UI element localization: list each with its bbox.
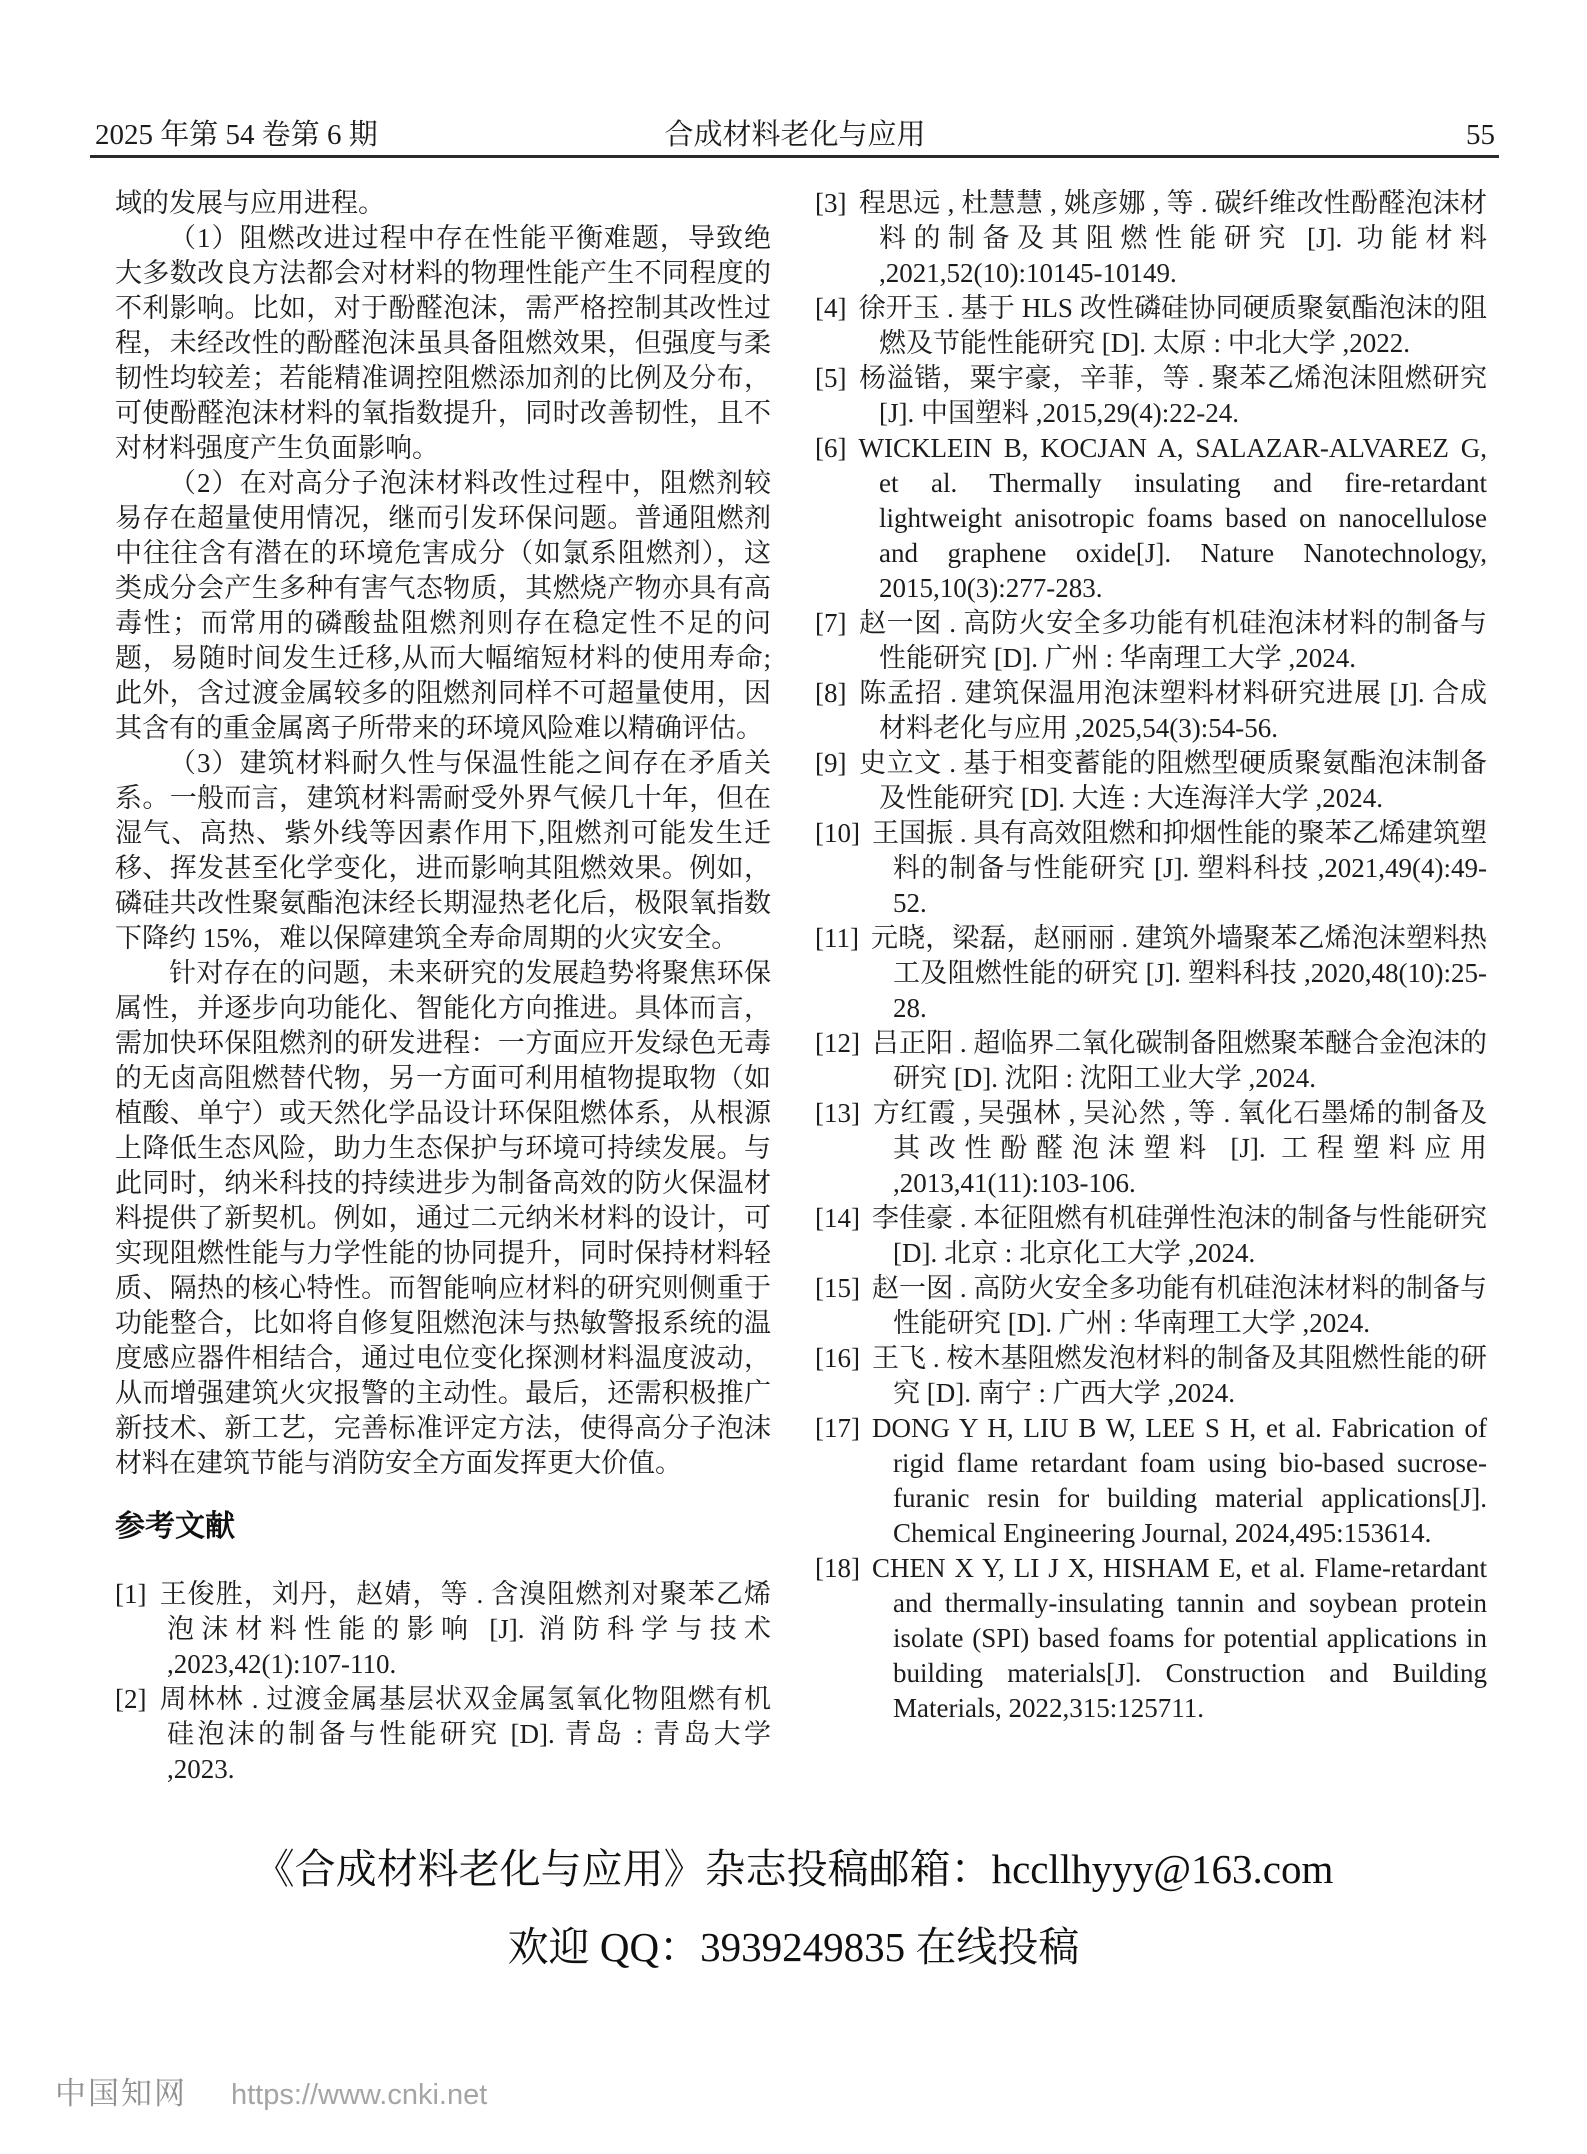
reference-text: WICKLEIN B, KOCJAN A, SALAZAR-ALVAREZ G,…: [858, 433, 1487, 603]
reference-item: [8]陈孟招 . 建筑保温用泡沫塑料材料研究进展 [J]. 合成材料老化与应用 …: [815, 676, 1487, 746]
reference-text: 杨溢锴，粟宇豪，辛菲，等 . 聚苯乙烯泡沫阻燃研究 [J]. 中国塑料 ,201…: [858, 363, 1487, 428]
reference-text: 王国振 . 具有高效阻燃和抑烟性能的聚苯乙烯建筑塑料的制备与性能研究 [J]. …: [872, 818, 1487, 918]
reference-label: [2]: [115, 1684, 146, 1714]
reference-label: [12]: [815, 1028, 860, 1058]
reference-text: 王俊胜，刘丹，赵婧，等 . 含溴阻燃剂对聚苯乙烯泡沫材料性能的影响 [J]. 消…: [158, 1579, 771, 1679]
body-paragraph: （2）在对高分子泡沫材料改性过程中，阻燃剂较易存在超量使用情况，继而引发环保问题…: [115, 466, 771, 746]
reference-item: [16]王飞 . 桉木基阻燃发泡材料的制备及其阻燃性能的研究 [D]. 南宁 :…: [815, 1341, 1487, 1411]
reference-text: 徐开玉 . 基于 HLS 改性磷硅协同硬质聚氨酯泡沫的阻燃及节能性能研究 [D]…: [858, 293, 1487, 358]
reference-text: 王飞 . 桉木基阻燃发泡材料的制备及其阻燃性能的研究 [D]. 南宁 : 广西大…: [872, 1343, 1487, 1408]
reference-item: [5]杨溢锴，粟宇豪，辛菲，等 . 聚苯乙烯泡沫阻燃研究 [J]. 中国塑料 ,…: [815, 361, 1487, 431]
reference-item: [3]程思远 , 杜慧慧 , 姚彦娜 , 等 . 碳纤维改性酚醛泡沫材料的制备及…: [815, 186, 1487, 291]
reference-label: [7]: [815, 608, 846, 638]
page-header: 2025 年第 54 卷第 6 期 合成材料老化与应用 55: [95, 118, 1495, 152]
reference-text: 吕正阳 . 超临界二氧化碳制备阻燃聚苯醚合金泡沫的研究 [D]. 沈阳 : 沈阳…: [872, 1028, 1487, 1093]
cnki-brand: 中国知网: [55, 2068, 187, 2113]
reference-text: 元晓，梁磊，赵丽丽 . 建筑外墙聚苯乙烯泡沫塑料热工及阻燃性能的研究 [J]. …: [871, 923, 1487, 1023]
reference-item: [12]吕正阳 . 超临界二氧化碳制备阻燃聚苯醚合金泡沫的研究 [D]. 沈阳 …: [815, 1026, 1487, 1096]
header-page-number: 55: [926, 118, 1496, 152]
reference-item: [2]周林林 . 过渡金属基层状双金属氢氧化物阻燃有机硅泡沫的制备与性能研究 […: [115, 1682, 771, 1787]
reference-item: [4]徐开玉 . 基于 HLS 改性磷硅协同硬质聚氨酯泡沫的阻燃及节能性能研究 …: [815, 291, 1487, 361]
cnki-footer: 中国知网 https://www.cnki.net: [55, 2068, 487, 2113]
reference-text: 方红霞 , 吴强林 , 吴沁然 , 等 . 氧化石墨烯的制备及其改性酚醛泡沫塑料…: [872, 1098, 1487, 1198]
reference-label: [17]: [815, 1413, 860, 1443]
reference-item: [9]史立文 . 基于相变蓄能的阻燃型硬质聚氨酯泡沫制备及性能研究 [D]. 大…: [815, 746, 1487, 816]
reference-item: [1]王俊胜，刘丹，赵婧，等 . 含溴阻燃剂对聚苯乙烯泡沫材料性能的影响 [J]…: [115, 1577, 771, 1682]
reference-text: 周林林 . 过渡金属基层状双金属氢氧化物阻燃有机硅泡沫的制备与性能研究 [D].…: [158, 1684, 771, 1784]
submission-email-line: 《合成材料老化与应用》杂志投稿邮箱：hccllhyyy@163.com: [0, 1846, 1587, 1892]
reference-item: [18]CHEN X Y, LI J X, HISHAM E, et al. F…: [815, 1551, 1487, 1726]
reference-label: [13]: [815, 1098, 860, 1128]
reference-label: [5]: [815, 363, 846, 393]
reference-item: [10]王国振 . 具有高效阻燃和抑烟性能的聚苯乙烯建筑塑料的制备与性能研究 […: [815, 816, 1487, 921]
reference-label: [8]: [815, 678, 846, 708]
submission-banner: 《合成材料老化与应用》杂志投稿邮箱：hccllhyyy@163.com 欢迎 Q…: [0, 1846, 1587, 1970]
reference-label: [15]: [815, 1273, 860, 1303]
reference-label: [1]: [115, 1579, 146, 1609]
header-journal-title: 合成材料老化与应用: [664, 118, 925, 152]
reference-item: [14]李佳豪 . 本征阻燃有机硅弹性泡沫的制备与性能研究 [D]. 北京 : …: [815, 1201, 1487, 1271]
reference-text: CHEN X Y, LI J X, HISHAM E, et al. Flame…: [872, 1553, 1487, 1723]
reference-label: [6]: [815, 433, 846, 463]
right-column: [3]程思远 , 杜慧慧 , 姚彦娜 , 等 . 碳纤维改性酚醛泡沫材料的制备及…: [815, 186, 1487, 1787]
reference-label: [11]: [815, 923, 859, 953]
reference-text: 赵一囡 . 高防火安全多功能有机硅泡沫材料的制备与性能研究 [D]. 广州 : …: [872, 1273, 1487, 1338]
cnki-url: https://www.cnki.net: [231, 2079, 487, 2112]
reference-label: [10]: [815, 818, 860, 848]
header-issue: 2025 年第 54 卷第 6 期: [95, 118, 664, 152]
reference-label: [14]: [815, 1203, 860, 1233]
reference-label: [3]: [815, 188, 846, 218]
reference-item: [11]元晓，梁磊，赵丽丽 . 建筑外墙聚苯乙烯泡沫塑料热工及阻燃性能的研究 […: [815, 921, 1487, 1026]
reference-label: [16]: [815, 1343, 860, 1373]
reference-text: 程思远 , 杜慧慧 , 姚彦娜 , 等 . 碳纤维改性酚醛泡沫材料的制备及其阻燃…: [858, 188, 1487, 288]
reference-text: 陈孟招 . 建筑保温用泡沫塑料材料研究进展 [J]. 合成材料老化与应用 ,20…: [858, 678, 1487, 743]
reference-item: [7]赵一囡 . 高防火安全多功能有机硅泡沫材料的制备与性能研究 [D]. 广州…: [815, 606, 1487, 676]
reference-label: [4]: [815, 293, 846, 323]
body-paragraph: （3）建筑材料耐久性与保温性能之间存在矛盾关系。一般而言，建筑材料需耐受外界气候…: [115, 746, 771, 956]
two-column-body: 域的发展与应用进程。 （1）阻燃改进过程中存在性能平衡难题，导致绝大多数改良方法…: [115, 186, 1487, 1787]
reference-text: 赵一囡 . 高防火安全多功能有机硅泡沫材料的制备与性能研究 [D]. 广州 : …: [858, 608, 1487, 673]
journal-page: 2025 年第 54 卷第 6 期 合成材料老化与应用 55 域的发展与应用进程…: [0, 0, 1587, 2154]
reference-text: 李佳豪 . 本征阻燃有机硅弹性泡沫的制备与性能研究 [D]. 北京 : 北京化工…: [872, 1203, 1487, 1268]
reference-item: [6]WICKLEIN B, KOCJAN A, SALAZAR-ALVAREZ…: [815, 431, 1487, 606]
references-heading: 参考文献: [115, 1505, 771, 1549]
body-paragraph: 域的发展与应用进程。: [115, 186, 771, 221]
header-divider: [90, 155, 1499, 158]
reference-item: [15]赵一囡 . 高防火安全多功能有机硅泡沫材料的制备与性能研究 [D]. 广…: [815, 1271, 1487, 1341]
reference-label: [9]: [815, 748, 846, 778]
body-paragraph: 针对存在的问题，未来研究的发展趋势将聚焦环保属性，并逐步向功能化、智能化方向推进…: [115, 956, 771, 1481]
body-paragraph: （1）阻燃改进过程中存在性能平衡难题，导致绝大多数改良方法都会对材料的物理性能产…: [115, 221, 771, 466]
left-column: 域的发展与应用进程。 （1）阻燃改进过程中存在性能平衡难题，导致绝大多数改良方法…: [115, 186, 771, 1787]
submission-qq-line: 欢迎 QQ：3939249835 在线投稿: [0, 1924, 1587, 1970]
reference-item: [13]方红霞 , 吴强林 , 吴沁然 , 等 . 氧化石墨烯的制备及其改性酚醛…: [815, 1096, 1487, 1201]
reference-label: [18]: [815, 1553, 860, 1583]
reference-item: [17]DONG Y H, LIU B W, LEE S H, et al. F…: [815, 1411, 1487, 1551]
reference-text: DONG Y H, LIU B W, LEE S H, et al. Fabri…: [872, 1413, 1487, 1548]
reference-text: 史立文 . 基于相变蓄能的阻燃型硬质聚氨酯泡沫制备及性能研究 [D]. 大连 :…: [858, 748, 1487, 813]
